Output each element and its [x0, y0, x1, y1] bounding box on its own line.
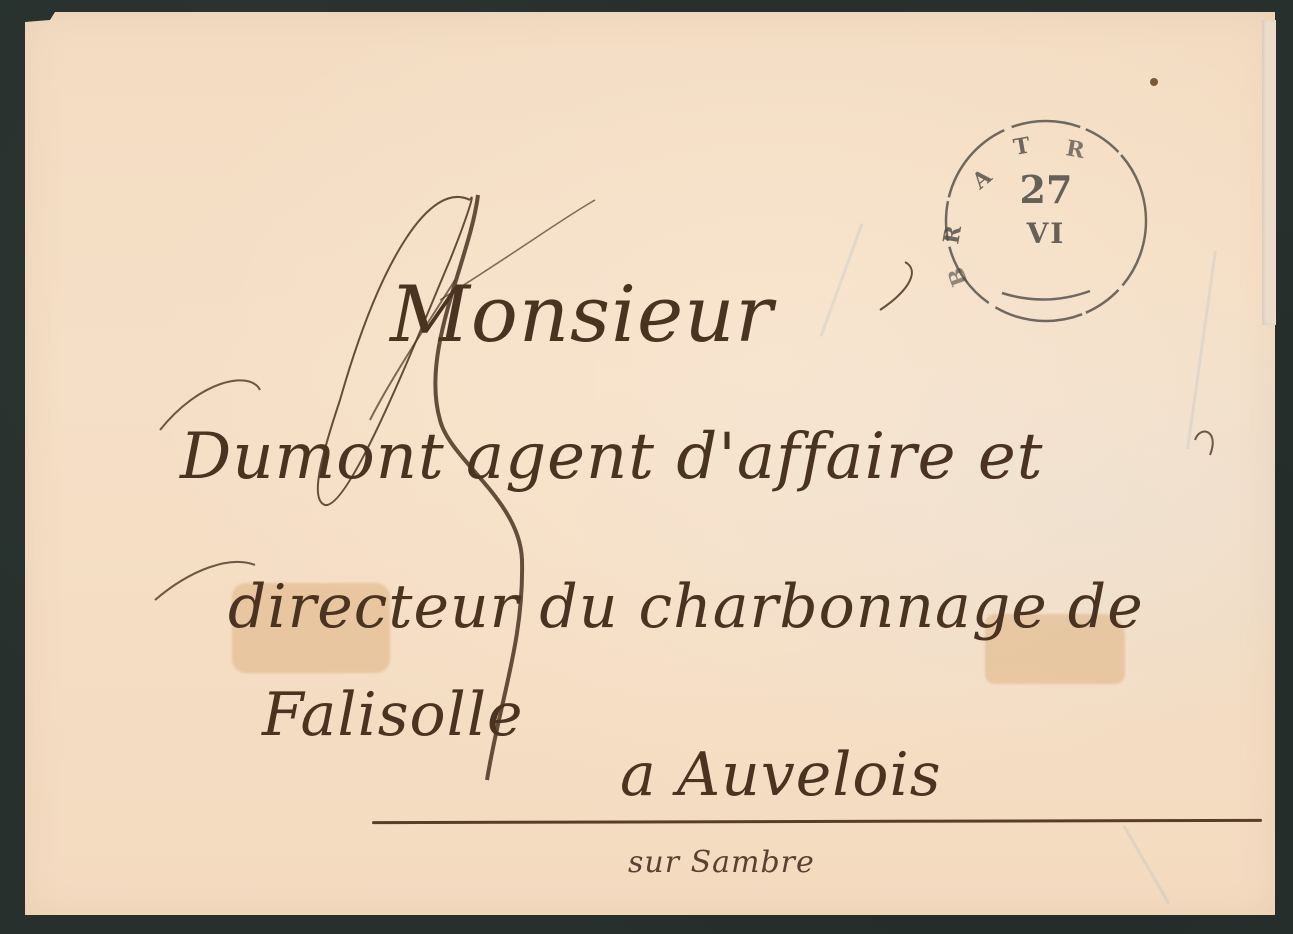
svg-text:T: T [1012, 132, 1033, 161]
folded-flap-edge [1262, 20, 1276, 325]
address-line-title: directeur du charbonnage de [228, 572, 1144, 642]
circular-postmark: A R B T R 27 VI [940, 115, 1152, 327]
svg-text:R: R [1064, 135, 1087, 164]
salutation-text: Monsieur [390, 270, 774, 360]
address-line-region: sur Sambre [628, 845, 815, 880]
address-line-recipient: Dumont agent d'affaire et [180, 420, 1043, 494]
postmark-day: 27 [940, 167, 1152, 212]
ink-spot [1150, 78, 1158, 86]
address-line-place: Falisolle [262, 680, 524, 750]
address-line-town: a Auvelois [620, 740, 942, 810]
postmark-month: VI [940, 217, 1152, 250]
